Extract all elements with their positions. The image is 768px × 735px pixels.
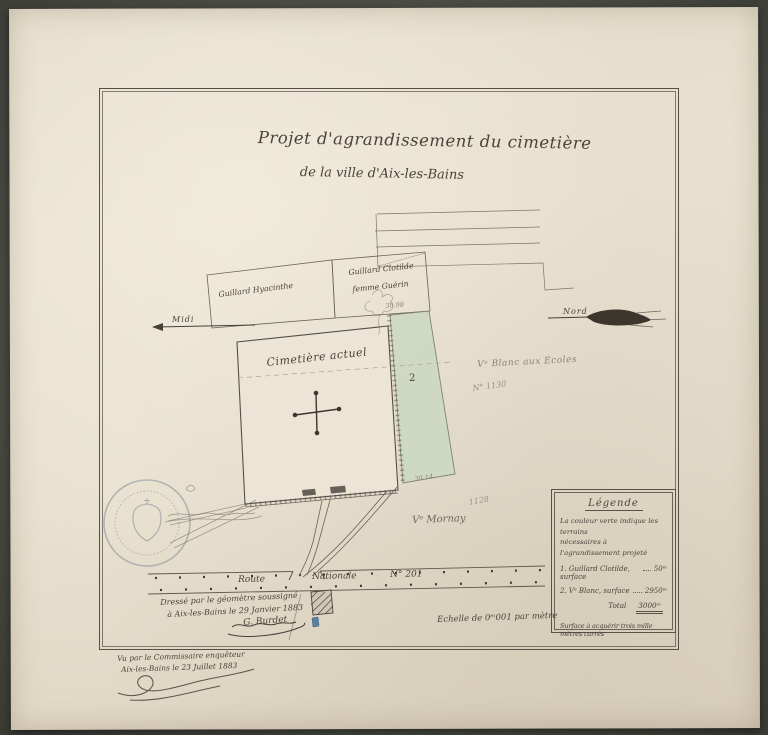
dotted-leader <box>633 587 642 593</box>
legend-total-value: 3000ᵐ <box>636 601 663 614</box>
legend-description-1: La couleur verte indique les terrains <box>560 516 667 537</box>
road-label-number: N° 201 <box>390 569 423 580</box>
mornay-owner-label: Vᵉ Mornay <box>412 513 466 526</box>
legend-item-label: 2. Vᵉ Blanc, surface <box>560 587 630 595</box>
compass-nord-label: Nord <box>563 307 588 316</box>
building-hatched <box>311 590 333 627</box>
dimension-top-label: 30.98 <box>385 300 404 310</box>
midi-arrow-icon <box>152 323 255 331</box>
extension-number-label: 2 <box>409 373 415 384</box>
extension-parcel <box>389 311 455 483</box>
blue-marker <box>312 617 319 627</box>
road-label-nationale: Nationale <box>312 571 357 582</box>
legend-item-label: 1. Guillard Clotilde, surface <box>560 565 640 581</box>
dotted-leader <box>643 565 651 571</box>
legend-item-value: 50ᵐ <box>654 565 667 573</box>
legend-item-value: 2950ᵐ <box>645 587 667 595</box>
road-label-route: Route <box>238 575 265 585</box>
legend-total-label: Total <box>608 601 626 614</box>
legend-box: Légende La couleur verte indique les ter… <box>551 489 676 633</box>
legend-total-row: Total 3000ᵐ <box>560 601 667 614</box>
municipal-stamp-icon <box>104 480 190 566</box>
legend-description-2: nécessaires à l'agrandissement projeté <box>560 537 667 558</box>
compass-midi-label: Midi <box>172 315 194 324</box>
legend-inner: Légende La couleur verte indique les ter… <box>554 492 673 630</box>
commissioner-signature-flourish <box>118 669 254 700</box>
legend-title: Légende <box>585 498 643 511</box>
legend-item-row: 1. Guillard Clotilde, surface 50ᵐ <box>560 565 667 581</box>
map-title-line2: de la ville d'Aix-les-Bains <box>300 165 440 182</box>
field-strips <box>375 210 574 290</box>
legend-item-row: 2. Vᵉ Blanc, surface 2950ᵐ <box>560 587 667 595</box>
legend-footer: Surface à acquérir trois mille mètres ca… <box>560 622 667 638</box>
photographed-map-document: Projet d'agrandissement du cimetière de … <box>0 0 768 735</box>
